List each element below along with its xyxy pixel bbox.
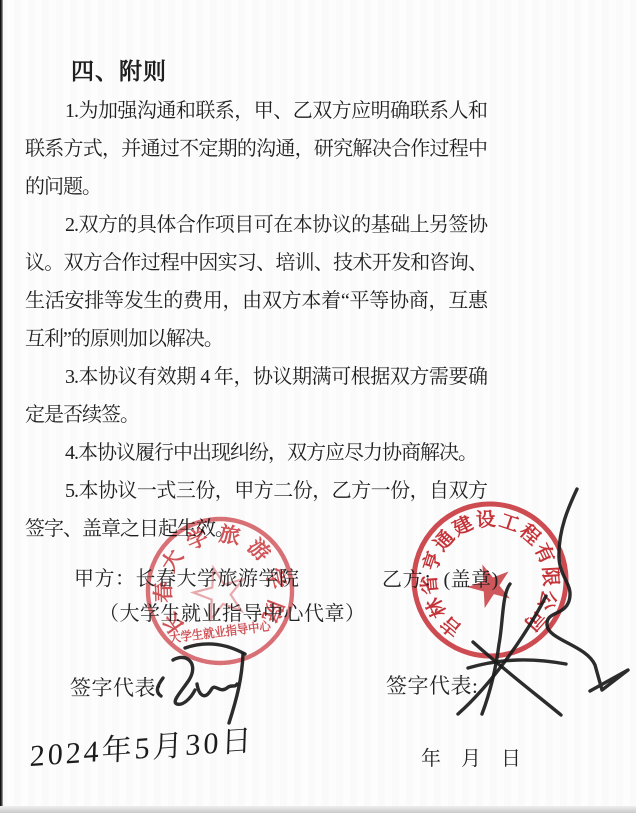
- party-a-signature-stroke: [185, 644, 245, 654]
- section-heading: 四、附则: [25, 50, 487, 92]
- party-a-note: （大学生就业指导中心代章）: [99, 597, 366, 626]
- party-b-signature-stroke: [547, 489, 628, 691]
- document-body: 四、附则 1.为加强沟通和联系，甲、乙双方应明确联系人和联系方式，并通过不定期的…: [25, 50, 487, 548]
- paragraph-4: 4.本协议履行中出现纠纷，双方应尽力协商解决。: [25, 434, 487, 472]
- paragraph-2: 2.双方的具体合作项目可在本协议的基础上另签协议。双方合作过程中因实习、培训、技…: [25, 206, 487, 358]
- party-b-date-blank: 年 月 日: [421, 742, 521, 771]
- party-a-signature-stroke: [157, 678, 163, 696]
- scanned-agreement-page: 四、附则 1.为加强沟通和联系，甲、乙双方应明确联系人和联系方式，并通过不定期的…: [0, 0, 636, 813]
- party-a-signature-stroke: [197, 684, 237, 696]
- paragraph-3: 3.本协议有效期 4 年，协议期满可根据双方需要确定是否续签。: [25, 358, 487, 434]
- party-b-signature-stroke: [482, 584, 510, 714]
- paragraph-1: 1.为加强沟通和联系，甲、乙双方应明确联系人和联系方式，并通过不定期的沟通，研究…: [25, 92, 487, 206]
- scan-artifact-left-edge: [0, 0, 3, 813]
- party-b-signature: [418, 484, 636, 735]
- party-a-signature-stroke: [229, 654, 243, 723]
- svg-text:旅: 旅: [217, 522, 242, 549]
- scan-artifact-bottom-edge: [0, 806, 636, 813]
- party-a-date-handwritten: 2024年5月30日: [29, 715, 255, 775]
- party-b-signature-stroke: [468, 660, 566, 668]
- party-a-signature-stroke: [173, 657, 195, 704]
- party-a-label: 甲方：长春大学旅游学院: [74, 562, 300, 591]
